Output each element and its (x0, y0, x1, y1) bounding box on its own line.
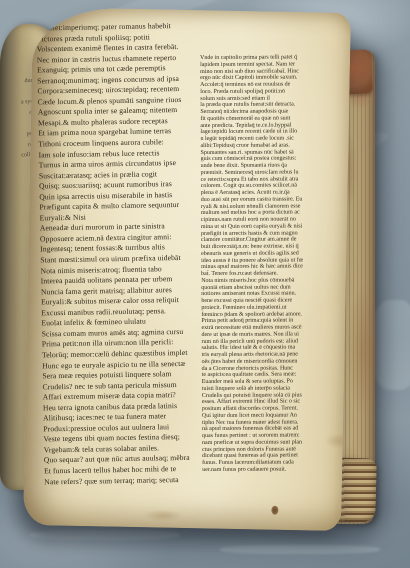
page-stain (143, 509, 183, 522)
verse-column: Accolet:imperiumq; pater romanus habebit… (36, 20, 222, 487)
commentary-line: uer.nam funus pro cadauere posuit. (202, 466, 344, 473)
photograph-of-open-incunabulum: dum uulnereleto natūa sydera uocesor ami… (0, 0, 410, 568)
page-stain (271, 506, 278, 515)
commentary-column: Vnde in capitolio prima pars telli patet… (200, 54, 344, 473)
background-wrinkle (220, 545, 380, 554)
open-page: Accolet:imperiumq; pater romanus habebit… (23, 7, 351, 531)
